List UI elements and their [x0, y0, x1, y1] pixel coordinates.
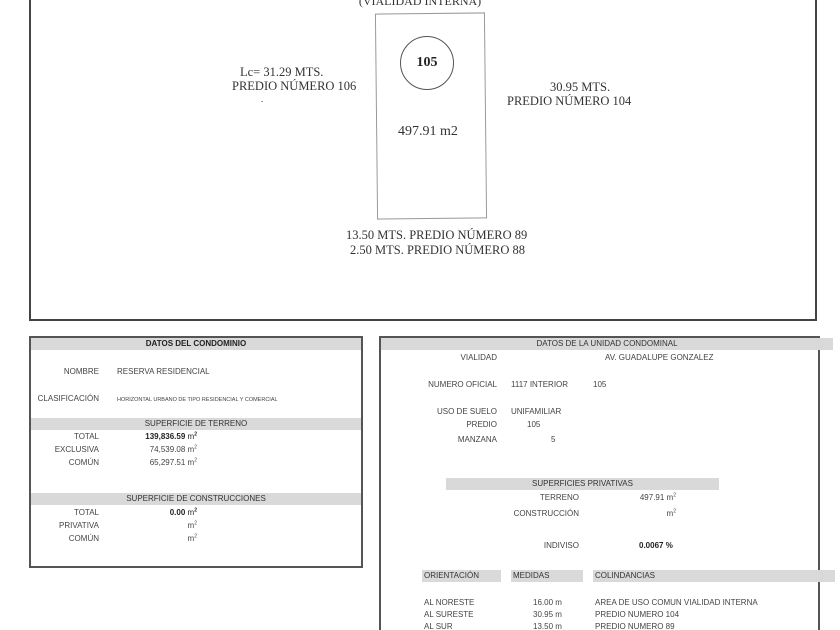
clasificacion-label: CLASIFICACIÓN — [31, 394, 99, 404]
colindancia-cell: PREDIO NUMERO 89 — [595, 622, 675, 630]
street-label: (VIALIDAD INTERNA) — [0, 0, 840, 8]
numero-interior-value: 105 — [593, 380, 606, 390]
numero-oficial-value: 1117 INTERIOR — [511, 380, 568, 390]
nombre-label: NOMBRE — [31, 367, 99, 377]
medida-cell: 13.50 m — [533, 622, 562, 630]
construccion-label: CONSTRUCCIÓN — [461, 509, 579, 519]
left-note: . — [261, 92, 263, 106]
predio-label: PREDIO — [381, 420, 497, 430]
condominio-title: DATOS DEL CONDOMINIO — [31, 338, 361, 350]
privativas-title: SUPERFICIES PRIVATIVAS — [446, 478, 719, 490]
construccion-value: m2 — [611, 509, 676, 519]
col-header-colindancias: COLINDANCIAS — [593, 570, 835, 582]
area-row-label: PRIVATIVA — [31, 521, 99, 531]
area-row-label: TOTAL — [31, 432, 99, 442]
col-header-orientacion: ORIENTACIÓN — [422, 570, 501, 582]
uso-suelo-label: USO DE SUELO — [381, 407, 497, 417]
terreno-label: TERRENO — [461, 493, 579, 503]
clasificacion-value: HORIZONTAL URBANO DE TIPO RESIDENCIAL Y … — [117, 395, 278, 405]
nombre-value: RESERVA RESIDENCIAL — [117, 367, 210, 377]
area-row-label: TOTAL — [31, 508, 99, 518]
colindancia-cell: PREDIO NUMERO 104 — [595, 610, 679, 620]
manzana-value: 5 — [551, 435, 555, 445]
area-row-label: COMÚN — [31, 534, 99, 544]
indiviso-value: 0.0067 % — [639, 541, 673, 551]
vialidad-label: VIALIDAD — [381, 353, 497, 363]
area-row-value: m2 — [117, 521, 197, 531]
orientacion-cell: AL NORESTE — [424, 598, 474, 608]
medida-cell: 30.95 m — [533, 610, 562, 620]
terreno-value: 497.91 m2 — [611, 493, 676, 503]
area-row-label: EXCLUSIVA — [31, 445, 99, 455]
bottom-neighbor-2: 2.50 MTS. PREDIO NÚMERO 88 — [350, 243, 525, 257]
bottom-neighbor-1: 13.50 MTS. PREDIO NÚMERO 89 — [346, 228, 527, 242]
condominio-panel: DATOS DEL CONDOMINIO NOMBRE RESERVA RESI… — [29, 336, 363, 568]
area-row-value: m2 — [117, 534, 197, 544]
unidad-title: DATOS DE LA UNIDAD CONDOMINAL — [381, 338, 833, 350]
predio-value: 105 — [527, 420, 540, 430]
vialidad-value: AV. GUADALUPE GONZALEZ — [605, 353, 713, 363]
manzana-label: MANZANA — [381, 435, 497, 445]
area-row-value: 74,539.08 m2 — [117, 445, 197, 455]
right-measure: 30.95 MTS. — [550, 80, 610, 94]
lot-area: 497.91 m2 — [398, 125, 458, 139]
left-measure: Lc= 31.29 MTS. — [240, 65, 323, 79]
indiviso-label: INDIVISO — [461, 541, 579, 551]
left-neighbor: PREDIO NÚMERO 106 — [232, 79, 356, 93]
col-header-medidas: MEDIDAS — [511, 570, 583, 582]
area-row-value: 139,836.59 m2 — [117, 432, 197, 442]
area-row-value: 65,297.51 m2 — [117, 458, 197, 468]
orientacion-cell: AL SUR — [424, 622, 453, 630]
numero-oficial-label: NUMERO OFICIAL — [381, 380, 497, 390]
colindancia-cell: AREA DE USO COMUN VIALIDAD INTERNA — [595, 598, 758, 608]
terreno-title: SUPERFICIE DE TERRENO — [31, 418, 361, 430]
lot-number-badge: 105 — [400, 36, 454, 90]
area-row-label: COMÚN — [31, 458, 99, 468]
construcciones-title: SUPERFICIE DE CONSTRUCCIONES — [31, 493, 361, 505]
right-neighbor: PREDIO NÚMERO 104 — [507, 94, 631, 108]
orientacion-cell: AL SURESTE — [424, 610, 474, 620]
area-row-value: 0.00 m2 — [117, 508, 197, 518]
uso-suelo-value: UNIFAMILIAR — [511, 407, 561, 417]
unidad-panel: DATOS DE LA UNIDAD CONDOMINAL VIALIDAD A… — [379, 336, 820, 630]
medida-cell: 16.00 m — [533, 598, 562, 608]
